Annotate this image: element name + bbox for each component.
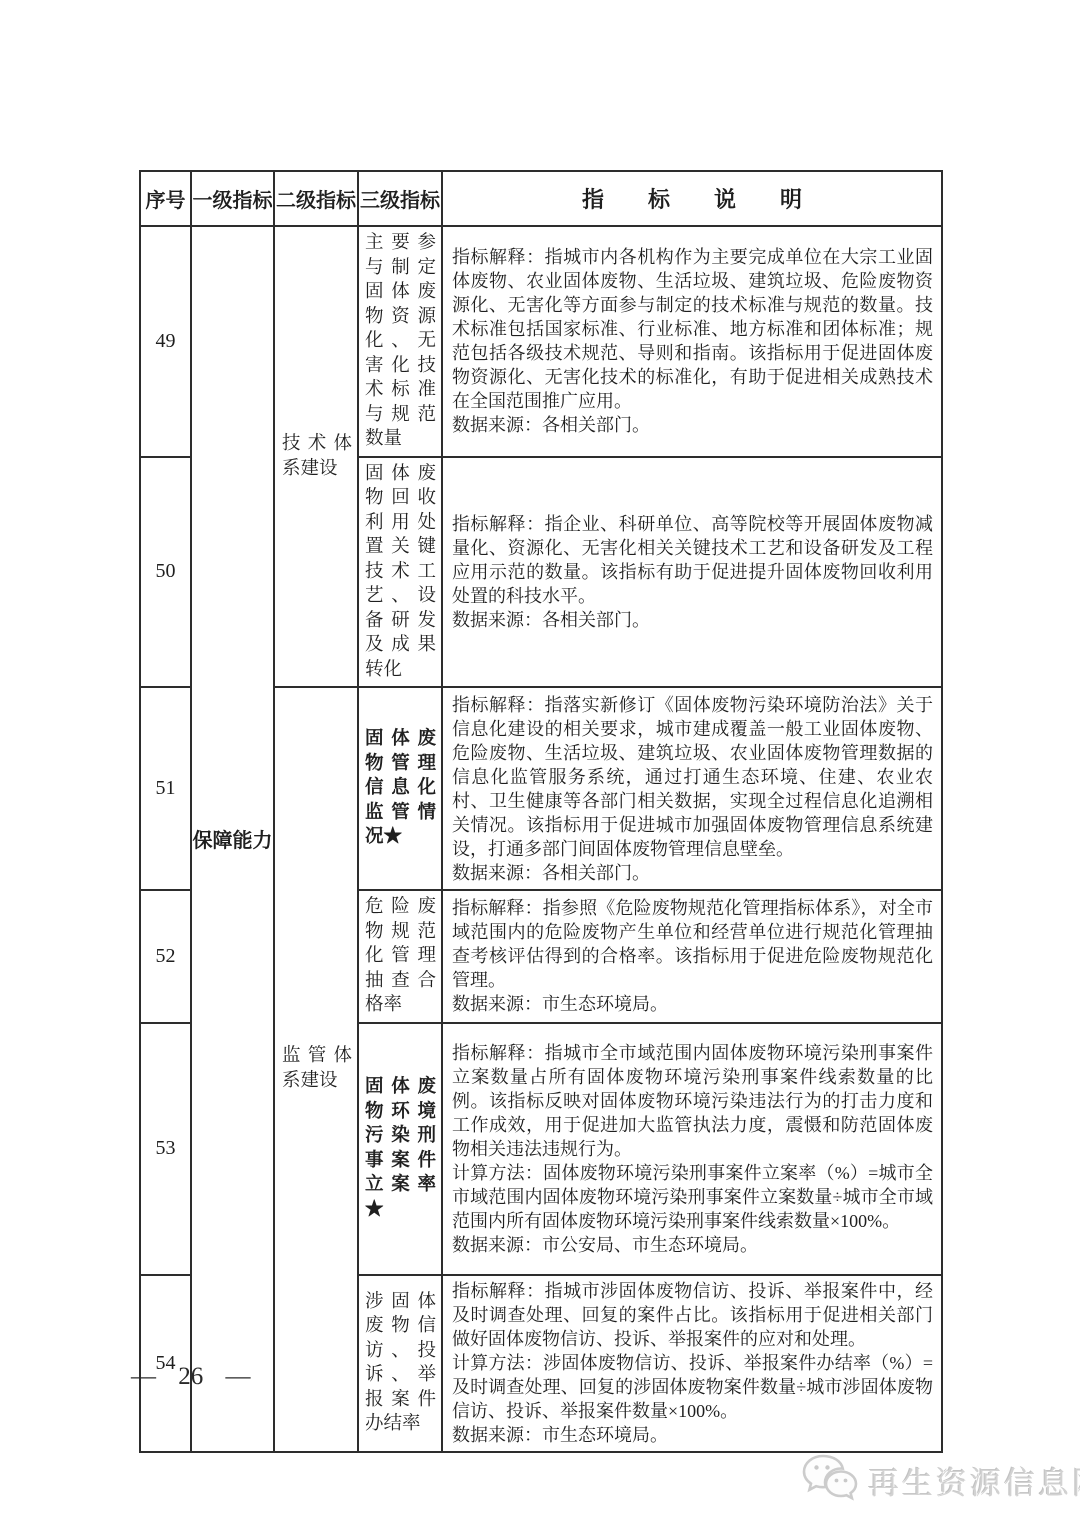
table-row: 49 保障能力 技术体系建设 主要参与制定固体废物资源化、无害化技术标准与规范数…: [140, 226, 942, 457]
level3-indicator-cell: 固体废物管理信息化监管情况★: [358, 687, 442, 890]
level3-indicator-cell: 危险废物规范化管理抽查合格率: [358, 890, 442, 1023]
watermark: 再生资源信息网: [800, 1452, 1080, 1509]
data-source: 数据来源：各相关部门。: [452, 861, 933, 885]
column-header-level1: 一级指标: [191, 171, 274, 226]
row-number: 51: [140, 687, 191, 890]
indicator-explanation: 指标解释：指城市内各机构作为主要完成单位在大宗工业固体废物、农业固体废物、生活垃…: [452, 245, 933, 413]
data-source: 数据来源：各相关部门。: [452, 608, 933, 632]
indicator-description-cell: 指标解释：指参照《危险废物规范化管理指标体系》，对全市域范围内的危险废物产生单位…: [442, 890, 942, 1023]
watermark-text: 再生资源信息网: [868, 1458, 1080, 1503]
indicator-explanation: 指标解释：指参照《危险废物规范化管理指标体系》，对全市域范围内的危险废物产生单位…: [452, 896, 933, 992]
data-source: 数据来源：各相关部门。: [452, 413, 933, 437]
indicator-description-cell: 指标解释：指落实新修订《固体废物污染环境防治法》关于信息化建设的相关要求，城市建…: [442, 687, 942, 890]
level3-indicator-cell: 主要参与制定固体废物资源化、无害化技术标准与规范数量: [358, 226, 442, 457]
indicator-explanation: 指标解释：指企业、科研单位、高等院校等开展固体废物减量化、资源化、无害化相关关键…: [452, 512, 933, 608]
data-source: 数据来源：市生态环境局。: [452, 1423, 933, 1447]
column-header-level2: 二级指标: [274, 171, 358, 226]
table-header-row: 序号 一级指标 二级指标 三级指标 指标说明: [140, 171, 942, 226]
level2-indicator-cell: 监管体系建设: [274, 687, 358, 1452]
calculation-method: 计算方法：固体废物环境污染刑事案件立案率（%）=城市全市域范围内固体废物环境污染…: [452, 1161, 933, 1233]
indicator-description-cell: 指标解释：指企业、科研单位、高等院校等开展固体废物减量化、资源化、无害化相关关键…: [442, 457, 942, 688]
row-number: 53: [140, 1023, 191, 1275]
indicator-table: 序号 一级指标 二级指标 三级指标 指标说明 49 保障能力 技术体系建设 主要…: [139, 170, 943, 1453]
level3-indicator-cell: 固体废物回收利用处置关键技术工艺、设备研发及成果转化: [358, 457, 442, 688]
page-number: — 26 —: [131, 1363, 251, 1391]
level3-indicator-cell: 涉固体废物信访、投诉、举报案件办结率: [358, 1275, 442, 1452]
column-header-level3: 三级指标: [358, 171, 442, 226]
row-number: 52: [140, 890, 191, 1023]
document-page: 序号 一级指标 二级指标 三级指标 指标说明 49 保障能力 技术体系建设 主要…: [0, 0, 1080, 1527]
indicator-description-cell: 指标解释：指城市内各机构作为主要完成单位在大宗工业固体废物、农业固体废物、生活垃…: [442, 226, 942, 457]
level1-indicator-cell: 保障能力: [191, 226, 274, 1452]
indicator-explanation: 指标解释：指城市涉固体废物信访、投诉、举报案件中，经及时调查处理、回复的案件占比…: [452, 1279, 933, 1351]
level2-indicator-cell: 技术体系建设: [274, 226, 358, 687]
calculation-method: 计算方法：涉固体废物信访、投诉、举报案件办结率（%）=及时调查处理、回复的涉固体…: [452, 1351, 933, 1423]
indicator-explanation: 指标解释：指落实新修订《固体废物污染环境防治法》关于信息化建设的相关要求，城市建…: [452, 693, 933, 861]
row-number: 49: [140, 226, 191, 457]
row-number: 50: [140, 457, 191, 688]
indicator-description-cell: 指标解释：指城市涉固体废物信访、投诉、举报案件中，经及时调查处理、回复的案件占比…: [442, 1275, 942, 1452]
column-header-seq: 序号: [140, 171, 191, 226]
level3-indicator-cell: 固体废物环境污染刑事案件立案率★: [358, 1023, 442, 1275]
indicator-description-cell: 指标解释：指城市全市域范围内固体废物环境污染刑事案件立案数量占所有固体废物环境污…: [442, 1023, 942, 1275]
indicator-explanation: 指标解释：指城市全市域范围内固体废物环境污染刑事案件立案数量占所有固体废物环境污…: [452, 1041, 933, 1161]
wechat-icon: [800, 1452, 860, 1509]
data-source: 数据来源：市公安局、市生态环境局。: [452, 1233, 933, 1257]
data-source: 数据来源：市生态环境局。: [452, 992, 933, 1016]
column-header-description: 指标说明: [442, 171, 942, 226]
